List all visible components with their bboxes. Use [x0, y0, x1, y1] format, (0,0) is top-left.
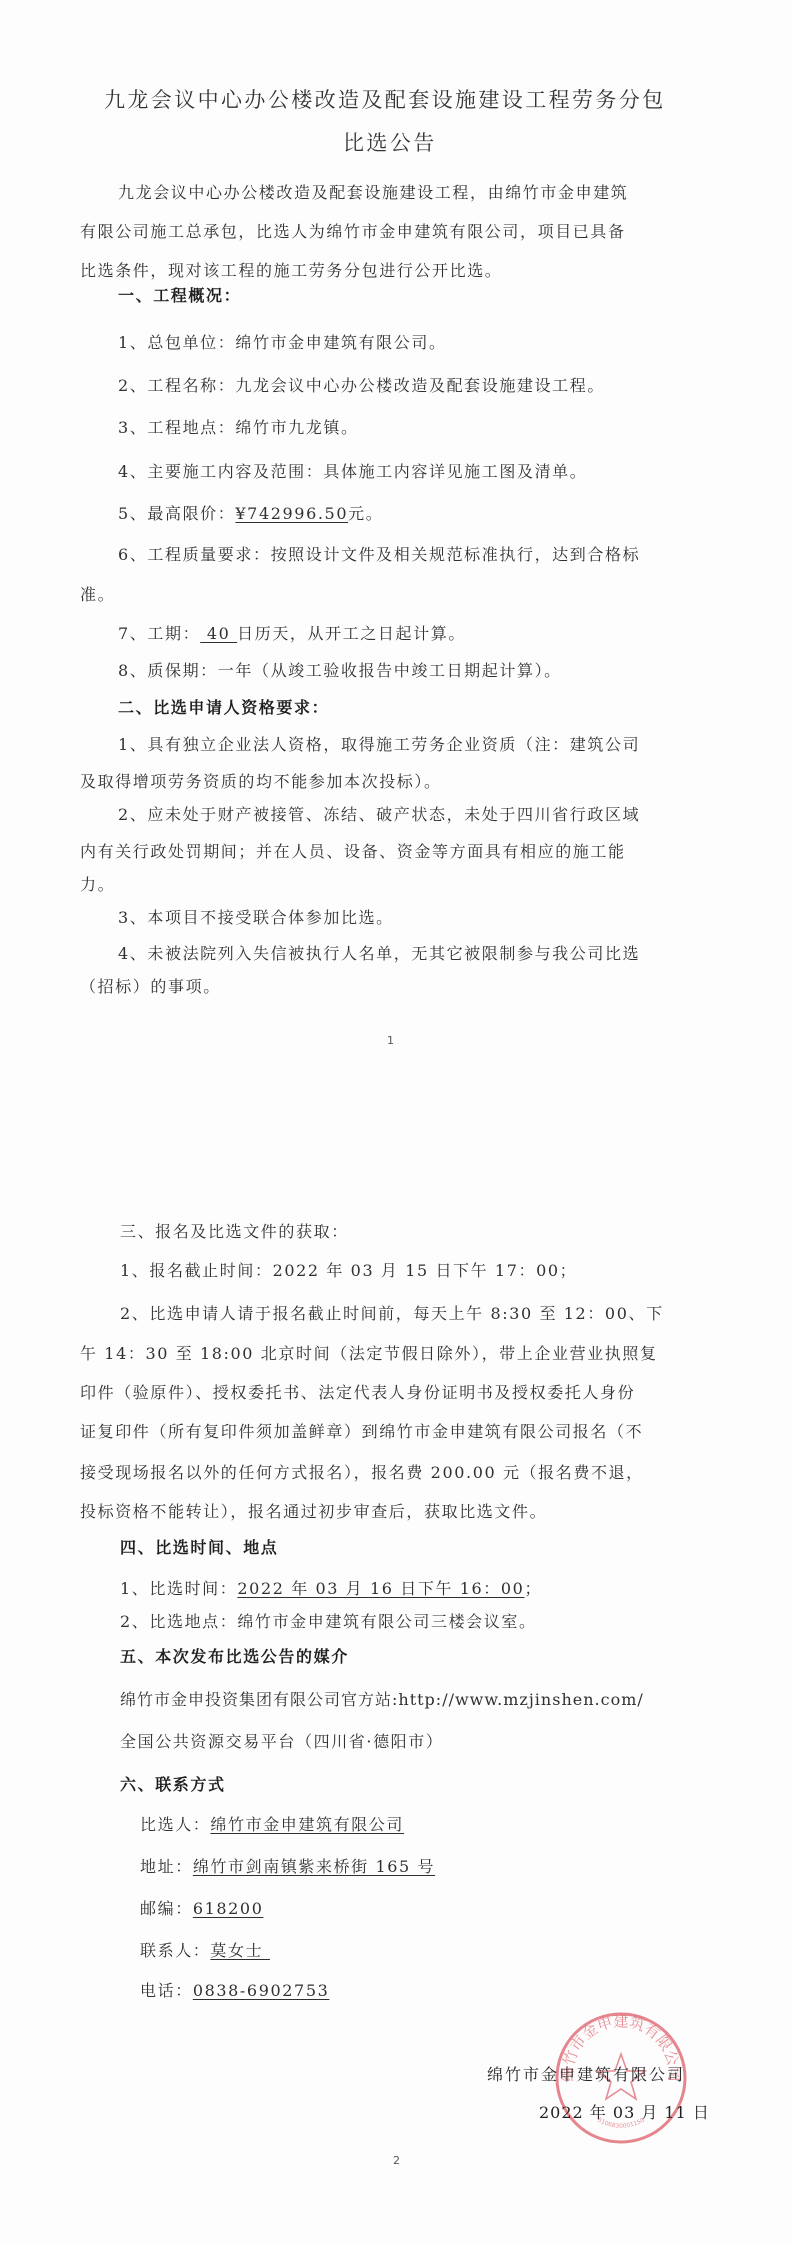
intro-line: 有限公司施工总承包，比选人为绵竹市金申建筑有限公司，项目已具备 — [80, 222, 626, 242]
max-price-label: 5、最高限价： — [118, 504, 235, 523]
media-line: 绵竹市金申投资集团有限公司官方站:http://www.mzjinshen.co… — [120, 1690, 644, 1710]
list-item: 2、比选申请人请于报名截止时间前，每天上午 8:30 至 12：00、下 — [120, 1304, 664, 1324]
page-number: 2 — [393, 2154, 400, 2167]
max-price-unit: 元。 — [348, 504, 383, 523]
list-item-continuation: 证复印件（所有复印件须加盖鲜章）到绵竹市金申建筑有限公司报名（不 — [80, 1422, 643, 1442]
contact-phone: 电话：0838-6902753 — [140, 1981, 329, 2001]
intro-line: 九龙会议中心办公楼改造及配套设施建设工程，由绵竹市金申建筑 — [118, 183, 628, 203]
list-item-continuation: 准。 — [80, 585, 115, 605]
contact-value: 莫女士 — [210, 1941, 270, 1960]
selection-time-value: 2022 年 03 月 16 日下午 16：00 — [237, 1579, 524, 1598]
list-item: 6、工程质量要求：按照设计文件及相关规范标准执行，达到合格标 — [118, 545, 640, 565]
section-heading: 五、本次发布比选公告的媒介 — [120, 1647, 349, 1667]
list-item: 3、工程地点：绵竹市九龙镇。 — [118, 418, 359, 438]
contact-label: 电话： — [140, 1981, 193, 2000]
intro-line: 比选条件，现对该工程的施工劳务分包进行公开比选。 — [80, 261, 502, 281]
signature-company: 绵竹市金申建筑有限公司 — [487, 2065, 685, 2085]
section-heading: 四、比选时间、地点 — [120, 1538, 278, 1558]
list-item-continuation: 午 14：30 至 18:00 北京时间（法定节假日除外），带上企业营业执照复 — [80, 1344, 658, 1364]
media-line: 全国公共资源交易平台（四川省·德阳市） — [120, 1732, 444, 1752]
list-item: 4、主要施工内容及范围：具体施工内容详见施工图及清单。 — [118, 462, 587, 482]
list-item: 2、应未处于财产被接管、冻结、破产状态，未处于四川省行政区域 — [118, 805, 640, 825]
list-item: 8、质保期：一年（从竣工验收报告中竣工日期起计算）。 — [118, 661, 562, 681]
section-heading: 一、工程概况： — [118, 286, 241, 306]
list-item-continuation: 投标资格不能转让），报名通过初步审查后，获取比选文件。 — [80, 1502, 547, 1522]
contact-label: 邮编： — [140, 1899, 193, 1918]
contact-person: 联系人：莫女士 — [140, 1941, 270, 1961]
document-title-line2: 比选公告 — [343, 133, 437, 153]
contact-selector: 比选人：绵竹市金申建筑有限公司 — [140, 1815, 404, 1835]
contact-value: 绵竹市剑南镇紫来桥街 165 号 — [193, 1857, 435, 1876]
duration-label: 7、工期： — [118, 624, 200, 643]
contact-label: 联系人： — [140, 1941, 210, 1960]
section-heading: 二、比选申请人资格要求： — [118, 698, 329, 718]
section-heading: 三、报名及比选文件的获取： — [120, 1222, 349, 1242]
list-item-continuation: 印件（验原件）、授权委托书、法定代表人身份证明书及授权委托人身份 — [80, 1383, 635, 1403]
contact-label: 比选人： — [140, 1815, 210, 1834]
list-item: 4、未被法院列入失信被执行人名单，无其它被限制参与我公司比选 — [118, 944, 640, 964]
list-item-continuation: （招标）的事项。 — [80, 977, 221, 997]
duration-suffix: 日历天，从开工之日起计算。 — [237, 624, 466, 643]
list-item-selection-time: 1、比选时间：2022 年 03 月 16 日下午 16：00； — [120, 1579, 542, 1599]
max-price-value: ¥742996.50 — [235, 504, 348, 523]
signature-date: 2022 年 03 月 11 日 — [539, 2103, 710, 2123]
duration-value: 40 — [200, 624, 237, 643]
section-heading: 六、联系方式 — [120, 1775, 226, 1795]
page-number: 1 — [387, 1034, 394, 1047]
list-item-continuation: 内有关行政处罚期间；并在人员、设备、资金等方面具有相应的施工能 — [80, 842, 626, 862]
selection-time-label: 1、比选时间： — [120, 1579, 237, 1598]
list-item: 3、本项目不接受联合体参加比选。 — [118, 908, 394, 928]
contact-value: 绵竹市金申建筑有限公司 — [210, 1815, 404, 1834]
contact-postcode: 邮编：618200 — [140, 1899, 264, 1919]
list-item: 1、总包单位：绵竹市金申建筑有限公司。 — [118, 333, 447, 353]
list-item: 1、具有独立企业法人资格，取得施工劳务企业资质（注：建筑公司 — [118, 735, 640, 755]
contact-value: 618200 — [193, 1899, 264, 1918]
list-item-continuation: 及取得增项劳务资质的均不能参加本次投标）。 — [80, 772, 442, 792]
list-item: 1、报名截止时间：2022 年 03 月 15 日下午 17：00； — [120, 1261, 577, 1281]
list-item: 2、比选地点：绵竹市金申建筑有限公司三楼会议室。 — [120, 1612, 537, 1632]
list-item-duration: 7、工期： 40 日历天，从开工之日起计算。 — [118, 624, 466, 644]
contact-value: 0838-6902753 — [193, 1981, 330, 2000]
selection-time-end: ； — [524, 1579, 542, 1598]
list-item: 2、工程名称：九龙会议中心办公楼改造及配套设施建设工程。 — [118, 376, 605, 396]
contact-label: 地址： — [140, 1857, 193, 1876]
list-item-continuation: 接受现场报名以外的任何方式报名），报名费 200.00 元（报名费不退， — [80, 1463, 644, 1483]
list-item-max-price: 5、最高限价：¥742996.50元。 — [118, 504, 383, 524]
list-item-continuation: 力。 — [80, 875, 115, 895]
document-title-line1: 九龙会议中心办公楼改造及配套设施建设工程劳务分包 — [104, 90, 666, 110]
contact-address: 地址：绵竹市剑南镇紫来桥街 165 号 — [140, 1857, 435, 1877]
